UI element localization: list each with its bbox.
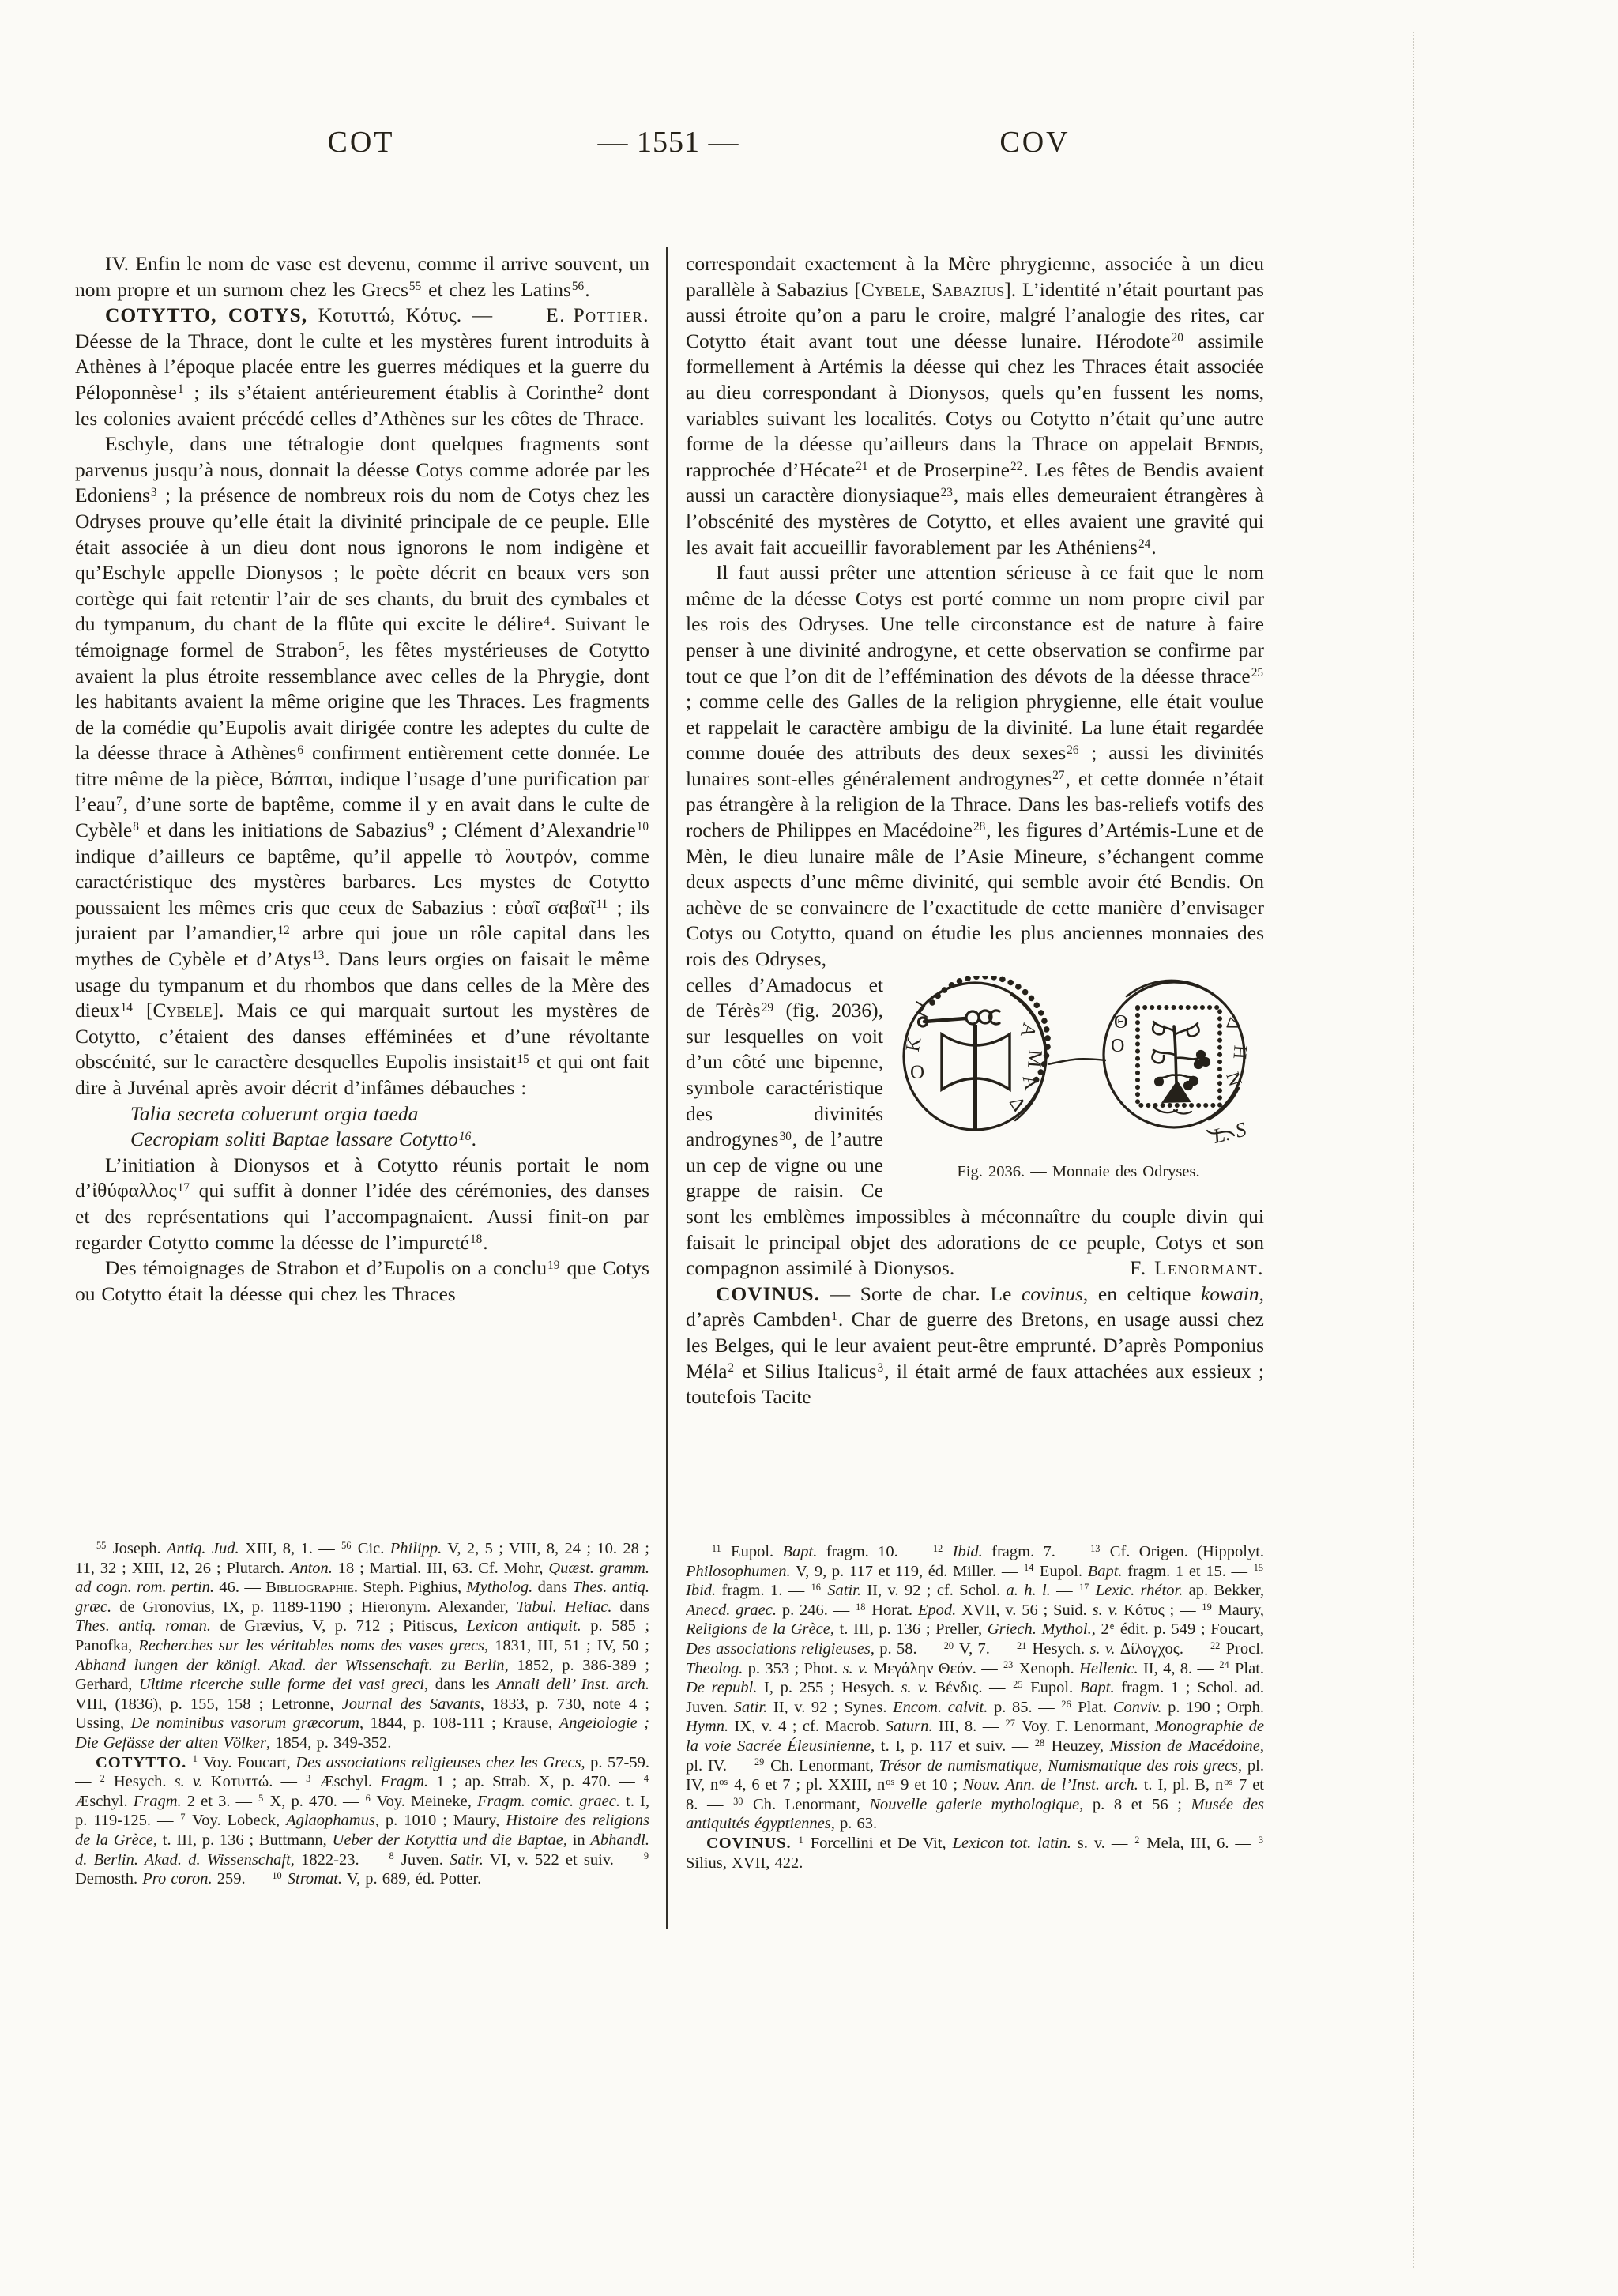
obverse-letter: Μ: [1023, 1049, 1045, 1068]
latin-verse-line-2: Cecropiam soliti Baptae lassare Cotytto1…: [75, 1127, 649, 1153]
footnote-block-cotytto: COTYTTO. 1 Voy. Foucart, Des association…: [75, 1753, 649, 1889]
obverse-letter: Κ: [902, 1035, 926, 1052]
paragraph-monnaies-odryses: Κ Ο Α Μ Α Δ: [686, 973, 1264, 1282]
obverse-letter: Ο: [910, 1062, 924, 1083]
coin-reverse-vine: [1104, 981, 1244, 1135]
author-signature-pottier: E. Pottier.: [492, 303, 649, 329]
latin-verse-line-1: Talia secreta coluerunt orgia taeda: [75, 1101, 649, 1127]
right-footnotes: — 11 Eupol. Bapt. fragm. 10. — 12 Ibid. …: [686, 1542, 1264, 1985]
paragraph-mere-phrygienne: correspondait exactement à la Mère phryg…: [686, 251, 1264, 560]
reverse-letter: Ν: [1221, 1069, 1245, 1089]
running-head-right: COV: [999, 125, 1070, 160]
paragraph-initiation: L’initiation à Dionysos et à Cotytto réu…: [75, 1153, 649, 1255]
left-footnotes: 55 Joseph. Antiq. Jud. XIII, 8, 1. — 56 …: [75, 1539, 649, 1982]
running-head-left: COT: [328, 125, 395, 160]
paragraph-text: IV. Enfin le nom de vase est devenu, com…: [75, 252, 649, 301]
scanned-dictionary-page: COT — 1551 — COV IV. Enfin le nom de vas…: [0, 0, 1618, 2296]
paragraph-vase-conclusion: IV. Enfin le nom de vase est devenu, com…: [75, 251, 649, 303]
figure-caption: Fig. 2036. — Monnaie des Odryses.: [957, 1163, 1199, 1180]
right-column: correspondait exactement à la Mère phryg…: [686, 251, 1264, 1541]
footnote-block-covinus: COVINUS. 1 Forcellini et De Vit, Lexicon…: [686, 1834, 1264, 1873]
page-number: — 1551 —: [598, 125, 739, 160]
left-column: IV. Enfin le nom de vase est devenu, com…: [75, 251, 649, 1541]
paragraph-temoignages: Des témoignages de Strabon et d’Eupolis …: [75, 1255, 649, 1307]
footnote-block-cotyle: 55 Joseph. Antiq. Jud. XIII, 8, 1. — 56 …: [75, 1539, 649, 1753]
reverse-letter: Ο: [1111, 1036, 1124, 1056]
reverse-letter: Δ: [1221, 1014, 1245, 1033]
connecting-line: [1048, 1059, 1106, 1064]
entry-covinus-opening: COVINUS. — Sorte de char. Le covinus, en…: [686, 1282, 1264, 1410]
engraver-mark: L. S: [1210, 1117, 1248, 1148]
paragraph-eschyle-mysteres: Eschyle, dans une tétralogie dont quelqu…: [75, 431, 649, 1101]
reverse-letter: Η: [1229, 1044, 1250, 1060]
coins-engraving: Κ Ο Α Μ Α Δ: [893, 976, 1264, 1157]
author-signature-lenormant: F. Lenormant.: [1106, 1255, 1264, 1282]
figure-2036: Κ Ο Α Μ Α Δ: [893, 976, 1264, 1184]
column-divider-rule: [666, 247, 668, 1929]
paragraph-divinite-androgyne: Il faut aussi prêter une attention série…: [686, 560, 1264, 973]
page-edge-line: [1413, 32, 1414, 2268]
reverse-letter: Θ: [1114, 1012, 1127, 1033]
footnote-block-cotytto-continued: — 11 Eupol. Bapt. fragm. 10. — 12 Ibid. …: [686, 1542, 1264, 1834]
